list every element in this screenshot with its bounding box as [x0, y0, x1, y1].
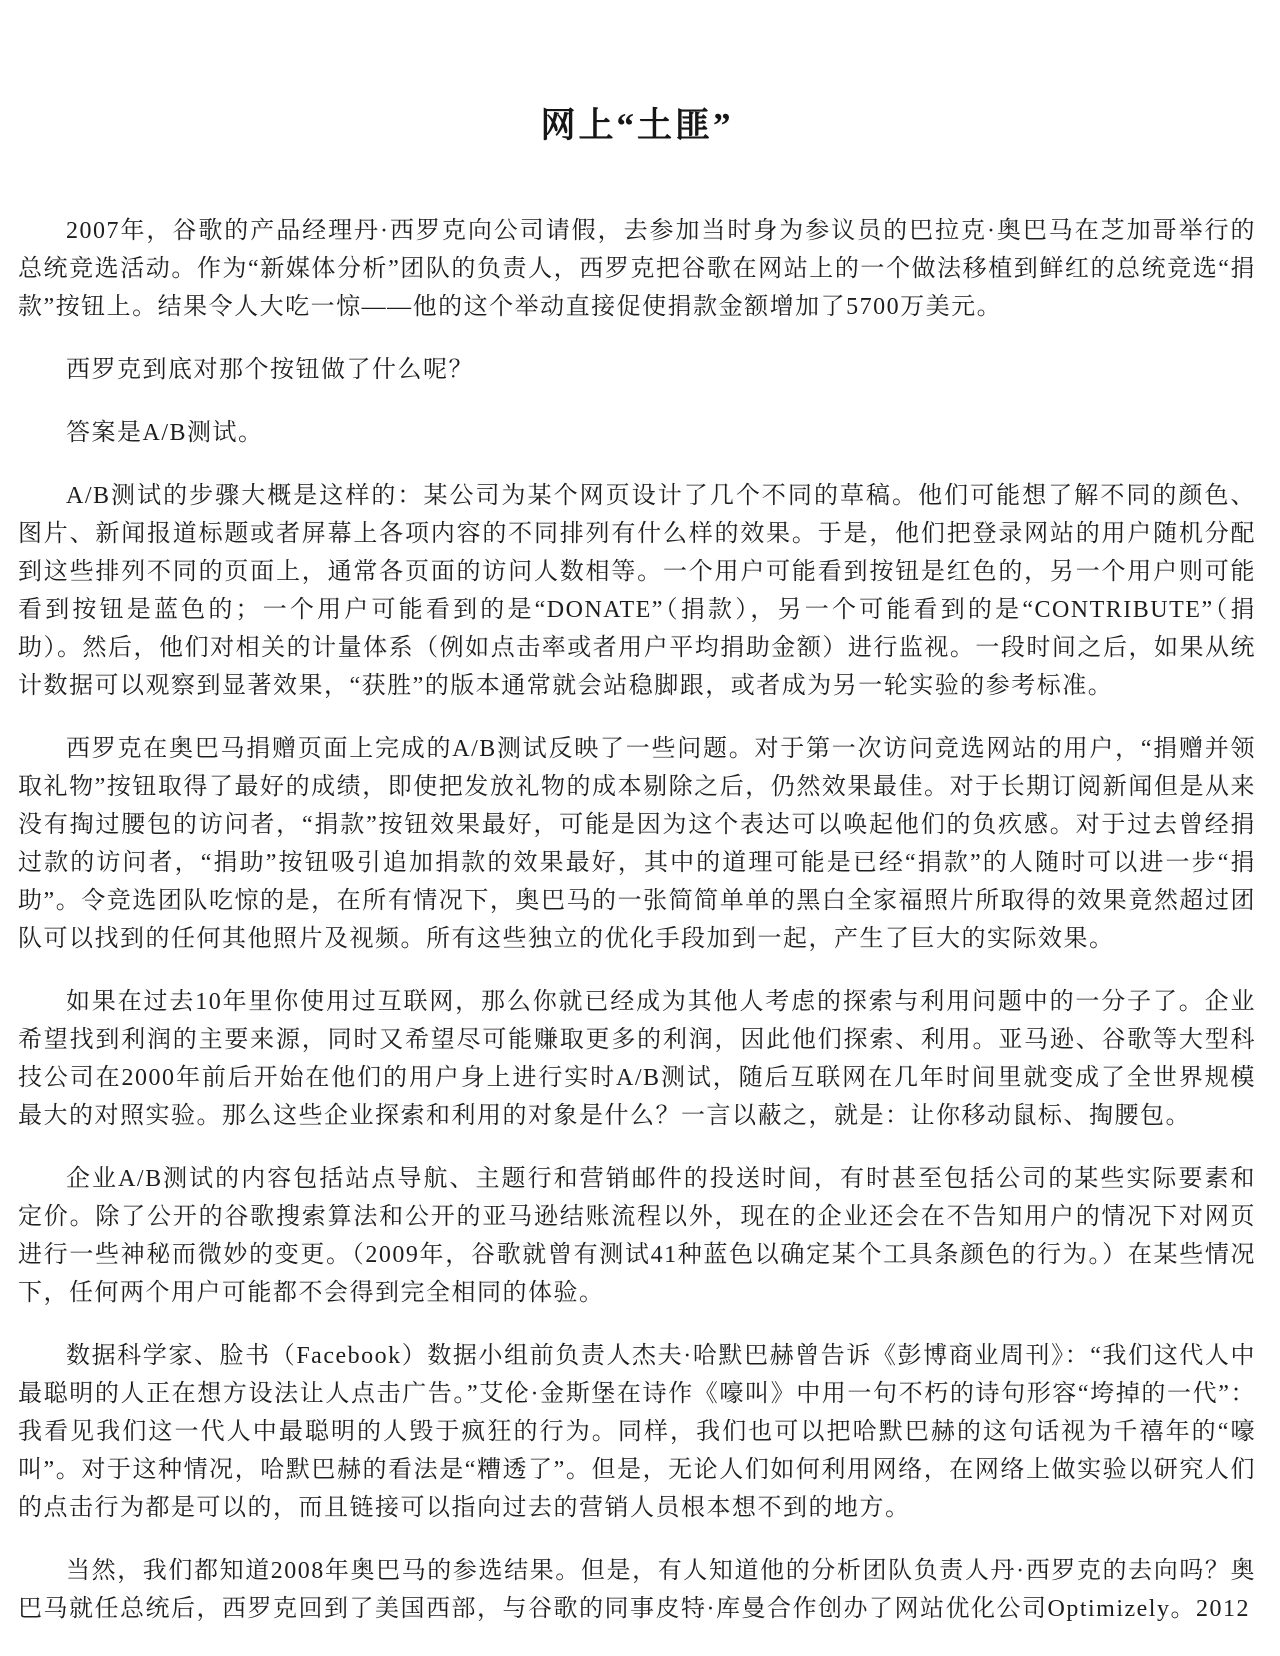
- body-text: 2007年，谷歌的产品经理丹·西罗克向公司请假，去参加当时身为参议员的巴拉克·奥…: [18, 212, 1256, 1628]
- paragraph: 2007年，谷歌的产品经理丹·西罗克向公司请假，去参加当时身为参议员的巴拉克·奥…: [18, 212, 1256, 326]
- paragraph: 数据科学家、脸书（Facebook）数据小组前负责人杰夫·哈默巴赫曾告诉《彭博商…: [18, 1337, 1256, 1527]
- document-page: 网上“土匪” 2007年，谷歌的产品经理丹·西罗克向公司请假，去参加当时身为参议…: [0, 0, 1280, 1656]
- paragraph: 答案是A/B测试。: [18, 414, 1256, 452]
- paragraph: 如果在过去10年里你使用过互联网，那么你就已经成为其他人考虑的探索与利用问题中的…: [18, 983, 1256, 1135]
- paragraph: 西罗克在奥巴马捐赠页面上完成的A/B测试反映了一些问题。对于第一次访问竞选网站的…: [18, 730, 1256, 958]
- paragraph: 当然，我们都知道2008年奥巴马的参选结果。但是，有人知道他的分析团队负责人丹·…: [18, 1552, 1256, 1628]
- page-title: 网上“土匪”: [18, 104, 1256, 148]
- paragraph: 西罗克到底对那个按钮做了什么呢？: [18, 351, 1256, 389]
- paragraph: 企业A/B测试的内容包括站点导航、主题行和营销邮件的投送时间，有时甚至包括公司的…: [18, 1160, 1256, 1312]
- paragraph: A/B测试的步骤大概是这样的：某公司为某个网页设计了几个不同的草稿。他们可能想了…: [18, 477, 1256, 705]
